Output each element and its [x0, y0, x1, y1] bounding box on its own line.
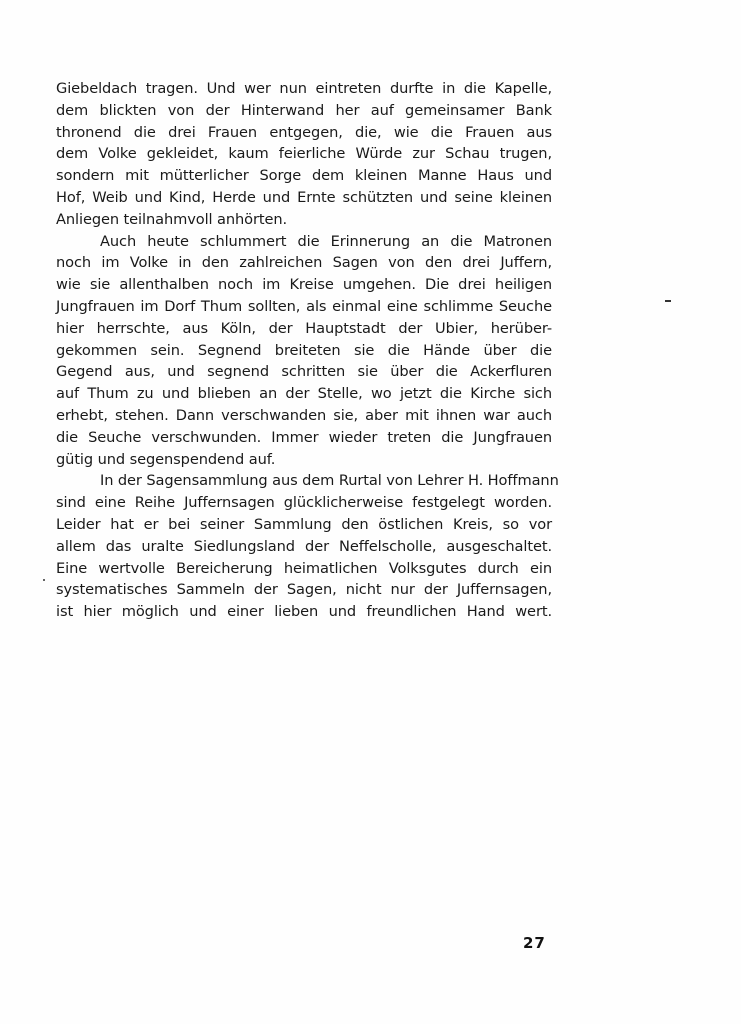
text-line: hier herrschte, aus Köln, der Hauptstadt… — [56, 318, 552, 340]
text-line: In der Sagensammlung aus dem Rurtal von … — [56, 470, 552, 492]
text-line: Hof, Weib und Kind, Herde und Ernte schü… — [56, 187, 552, 209]
text-line: dem blickten von der Hinterwand her auf … — [56, 100, 552, 122]
text-line: allem das uralte Siedlungsland der Neffe… — [56, 536, 552, 558]
scanned-page: Giebeldach tragen. Und wer nun eintreten… — [0, 0, 741, 1024]
text-line: Auch heute schlummert die Erinnerung an … — [56, 231, 552, 253]
text-line: thronend die drei Frauen entgegen, die, … — [56, 122, 552, 144]
text-line: Anliegen teilnahmvoll anhörten. — [56, 209, 552, 231]
scan-speck-mark — [43, 579, 45, 581]
text-line: Gegend aus, und segnend schritten sie üb… — [56, 361, 552, 383]
text-line: systematisches Sammeln der Sagen, nicht … — [56, 579, 552, 601]
text-line: Eine wertvolle Bereicherung heimatlichen… — [56, 558, 552, 580]
text-line: sondern mit mütterlicher Sorge dem klein… — [56, 165, 552, 187]
text-line: dem Volke gekleidet, kaum feierliche Wür… — [56, 143, 552, 165]
text-line: noch im Volke in den zahlreichen Sagen v… — [56, 252, 552, 274]
scan-speck-mark — [665, 300, 671, 302]
text-line: die Seuche verschwunden. Immer wieder tr… — [56, 427, 552, 449]
text-line: gekommen sein. Segnend breiteten sie die… — [56, 340, 552, 362]
text-line: auf Thum zu und blieben an der Stelle, w… — [56, 383, 552, 405]
text-line: Giebeldach tragen. Und wer nun eintreten… — [56, 78, 552, 100]
text-line: wie sie allenthalben noch im Kreise umge… — [56, 274, 552, 296]
page-number: 27 — [523, 934, 546, 952]
text-line: erhebt, stehen. Dann verschwanden sie, a… — [56, 405, 552, 427]
text-line: Leider hat er bei seiner Sammlung den ös… — [56, 514, 552, 536]
text-line: ist hier möglich und einer lieben und fr… — [56, 601, 552, 623]
body-text: Giebeldach tragen. Und wer nun eintreten… — [56, 78, 552, 623]
text-line: sind eine Reihe Juffernsagen glücklicher… — [56, 492, 552, 514]
text-line: Jungfrauen im Dorf Thum sollten, als ein… — [56, 296, 552, 318]
text-line: gütig und segenspendend auf. — [56, 449, 552, 471]
